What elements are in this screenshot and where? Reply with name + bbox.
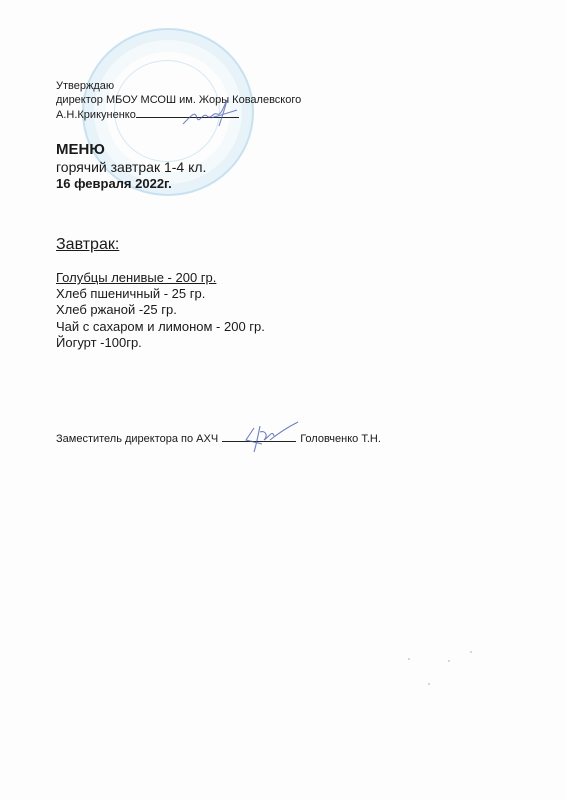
deputy-signature-icon bbox=[240, 418, 300, 454]
approval-block: Утверждаю директор МБОУ МСОШ им. Жоры Ко… bbox=[56, 79, 301, 122]
list-item: Йогурт -100гр. bbox=[56, 335, 265, 351]
scan-speck bbox=[428, 683, 430, 685]
scan-speck bbox=[408, 658, 410, 660]
menu-header: МЕНЮ горячий завтрак 1-4 кл. 16 февраля … bbox=[56, 141, 206, 192]
director-signature-icon bbox=[181, 98, 241, 128]
approval-heading: Утверждаю bbox=[56, 79, 301, 93]
list-item: Хлеб пшеничный - 25 гр. bbox=[56, 286, 265, 302]
deputy-position: Заместитель директора по АХЧ bbox=[56, 433, 218, 445]
list-item: Хлеб ржаной -25 гр. bbox=[56, 302, 265, 318]
list-item: Чай с сахаром и лимоном - 200 гр. bbox=[56, 319, 265, 335]
menu-title: МЕНЮ bbox=[56, 141, 206, 158]
meal-title: Завтрак: bbox=[56, 236, 119, 254]
deputy-signature-block: Заместитель директора по АХЧГоловченко Т… bbox=[56, 431, 381, 445]
menu-date: 16 февраля 2022г. bbox=[56, 176, 206, 192]
signatory-name: А.Н.Крикуненко bbox=[56, 109, 136, 121]
meal-items-list: Голубцы ленивые - 200 гр. Хлеб пшеничный… bbox=[56, 270, 265, 351]
list-item: Голубцы ленивые - 200 гр. bbox=[56, 270, 265, 286]
menu-subtitle: горячий завтрак 1-4 кл. bbox=[56, 158, 206, 176]
approval-position: директор МБОУ МСОШ им. Жоры Ковалевского bbox=[56, 93, 301, 107]
approval-signatory: А.Н.Крикуненко bbox=[56, 107, 301, 122]
deputy-name: Головченко Т.Н. bbox=[300, 433, 381, 445]
scan-speck bbox=[470, 651, 472, 653]
scan-speck bbox=[448, 660, 450, 662]
